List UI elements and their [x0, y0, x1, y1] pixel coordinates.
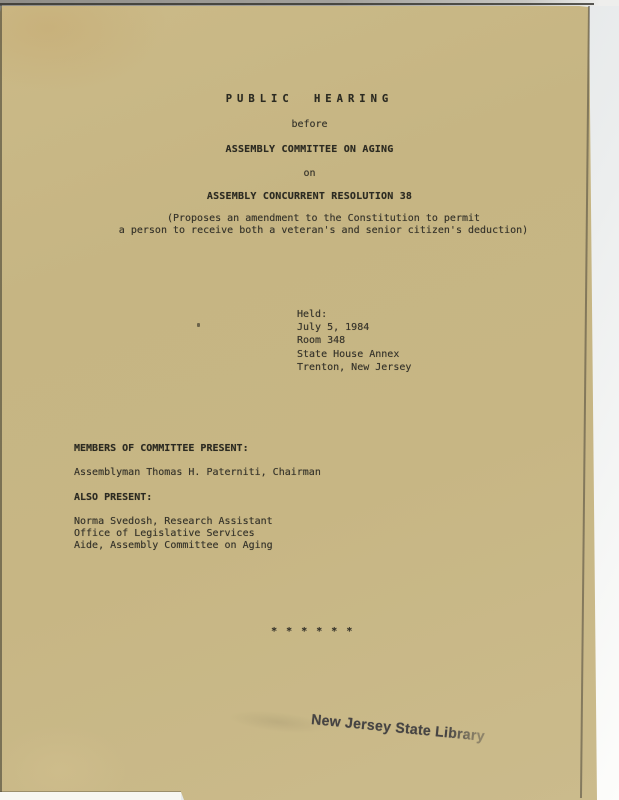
held-city: Trenton, New Jersey — [297, 362, 411, 373]
held-room: Room 348 — [297, 335, 345, 346]
members-present-heading: MEMBERS OF COMMITTEE PRESENT: — [74, 443, 249, 455]
hearing-details: Held:July 5, 1984Room 348State House Ann… — [297, 308, 411, 374]
resolution-description-line1: (Proposes an amendment to the Constituti… — [167, 213, 480, 224]
resolution-title: ASSEMBLY CONCURRENT RESOLUTION 38 — [0, 191, 619, 203]
also-present-heading: ALSO PRESENT: — [74, 492, 152, 504]
scanner-bottom-left-gap — [0, 792, 181, 800]
committee-name: ASSEMBLY COMMITTEE ON AGING — [0, 144, 619, 156]
also-present-line-3: Aide, Assembly Committee on Aging — [74, 540, 273, 551]
page-title: PUBLIC HEARING — [0, 93, 619, 105]
also-present-line-1: Norma Svedosh, Research Assistant — [74, 516, 273, 527]
held-date: July 5, 1984 — [297, 322, 369, 333]
page-top-edge-line — [0, 3, 594, 5]
member-name: Assemblyman Thomas H. Paterniti, Chairma… — [74, 467, 321, 479]
separator-asterisks: * * * * * * — [0, 626, 619, 638]
resolution-description: (Proposes an amendment to the Constituti… — [0, 213, 619, 237]
also-present-list: Norma Svedosh, Research AssistantOffice … — [74, 516, 273, 553]
paper-speck — [197, 323, 200, 327]
scanned-document: PUBLIC HEARING before ASSEMBLY COMMITTEE… — [0, 0, 619, 800]
resolution-description-line2: a person to receive both a veteran's and… — [119, 225, 528, 236]
before-label: before — [0, 119, 619, 131]
also-present-line-2: Office of Legislative Services — [74, 528, 255, 539]
held-label: Held: — [297, 309, 327, 320]
on-label: on — [0, 168, 619, 180]
held-building: State House Annex — [297, 349, 399, 360]
